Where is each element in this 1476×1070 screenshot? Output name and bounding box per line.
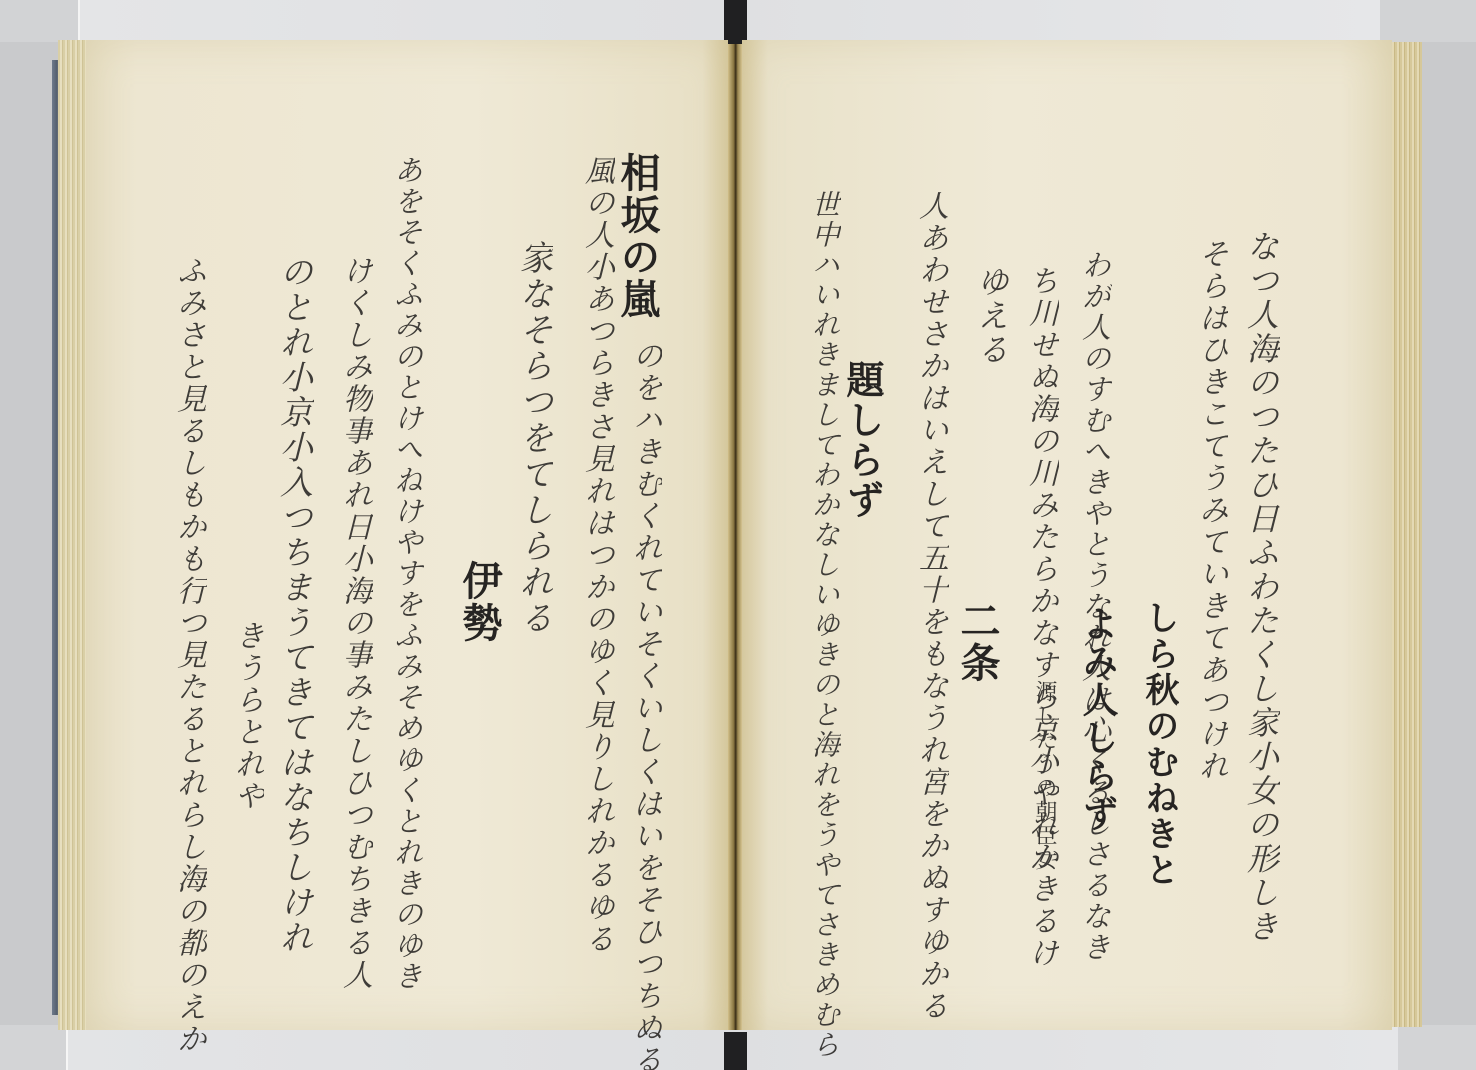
left-page: 相坂の嵐 のをハきむくれていそくいしくはいをそひつちぬる 風の人小あつらきさ見れ… bbox=[86, 40, 728, 1030]
text-column: なつ人海のつたひ日ふわたくし家小女の形しき bbox=[1238, 230, 1284, 944]
book-gutter bbox=[728, 44, 742, 1030]
spine-weight-bottom bbox=[724, 1032, 747, 1070]
heading-nijo: 二条 bbox=[949, 600, 1006, 684]
text-column: ゆえる bbox=[968, 265, 1014, 367]
page-edges-right bbox=[1390, 42, 1422, 1027]
heading-poem-title: しら秋のむねきと bbox=[1135, 600, 1184, 888]
page-edges-left bbox=[58, 40, 88, 1030]
text-column: のとれ小京小入つちまうてきてはなちしけれ bbox=[271, 255, 318, 955]
text-column: 人あわせさかはいえして五十をもなうれ宮をかぬすゆかる bbox=[908, 190, 952, 1022]
text-column: あをそくふみのとけへねけやすをふみそめゆくとれきのゆき bbox=[387, 155, 428, 992]
text-column: そらはひきこてうみていきてあつけれ bbox=[1188, 238, 1232, 782]
text-column: 世中ハいれきましてわかなしいゆきのと海れをうやてさきめむら bbox=[804, 190, 844, 1060]
heading-ise: 伊勢 bbox=[451, 560, 508, 644]
text-column: ふみさと見るしもかも行つ見たるとれらし海の都のえか bbox=[166, 255, 210, 1055]
right-page: なつ人海のつたひ日ふわたくし家小女の形しき そらはひきこてうみていきてあつけれ … bbox=[742, 40, 1392, 1030]
spine-weight-top bbox=[724, 0, 747, 44]
author-note: 源したうの朝臣女 bbox=[1029, 680, 1060, 872]
text-column: のをハきむくれていそくいしくはいをそひつちぬる bbox=[622, 340, 666, 1070]
text-column: 風の人小あつらきさ見れはつかのゆく見りしれかるゆる bbox=[574, 155, 618, 955]
heading-yomibito-shirazu: よみ人しらず bbox=[1073, 605, 1124, 833]
text-column: 家なそらつをてしられる bbox=[509, 240, 558, 636]
text-column: きうらとれや bbox=[224, 620, 268, 812]
text-column: けくしみ物事あれ日小海の事みたしひつむちきる人 bbox=[332, 255, 376, 991]
